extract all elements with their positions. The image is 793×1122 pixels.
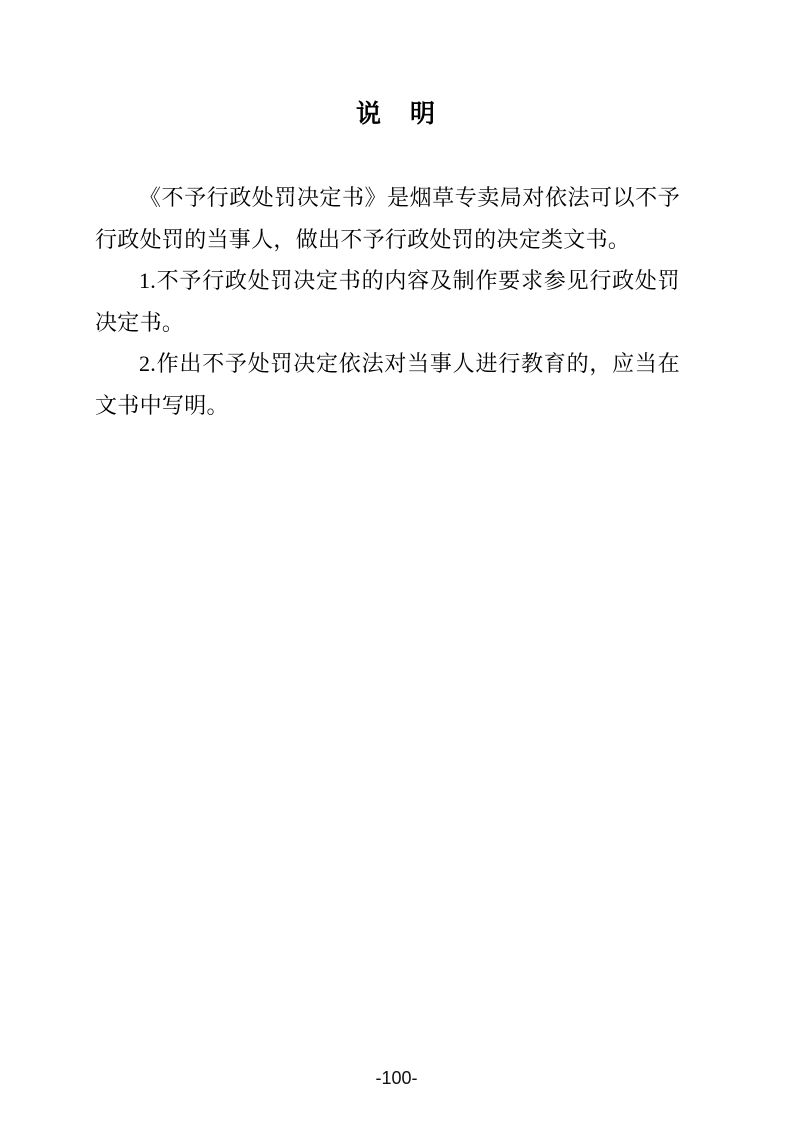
document-page: 说 明 《不予行政处罚决定书》是烟草专卖局对依法可以不予行政处罚的当事人，做出不… xyxy=(0,0,793,1122)
page-number: -100- xyxy=(0,1068,793,1089)
document-title: 说 明 xyxy=(0,99,793,129)
document-body: 《不予行政处罚决定书》是烟草专卖局对依法可以不予行政处罚的当事人，做出不予行政处… xyxy=(95,177,680,426)
body-paragraph-item-2: 2.作出不予处罚决定依法对当事人进行教育的，应当在文书中写明。 xyxy=(95,343,680,426)
body-paragraph-item-1: 1.不予行政处罚决定书的内容及制作要求参见行政处罚决定书。 xyxy=(95,260,680,343)
body-paragraph-intro: 《不予行政处罚决定书》是烟草专卖局对依法可以不予行政处罚的当事人，做出不予行政处… xyxy=(95,177,680,260)
